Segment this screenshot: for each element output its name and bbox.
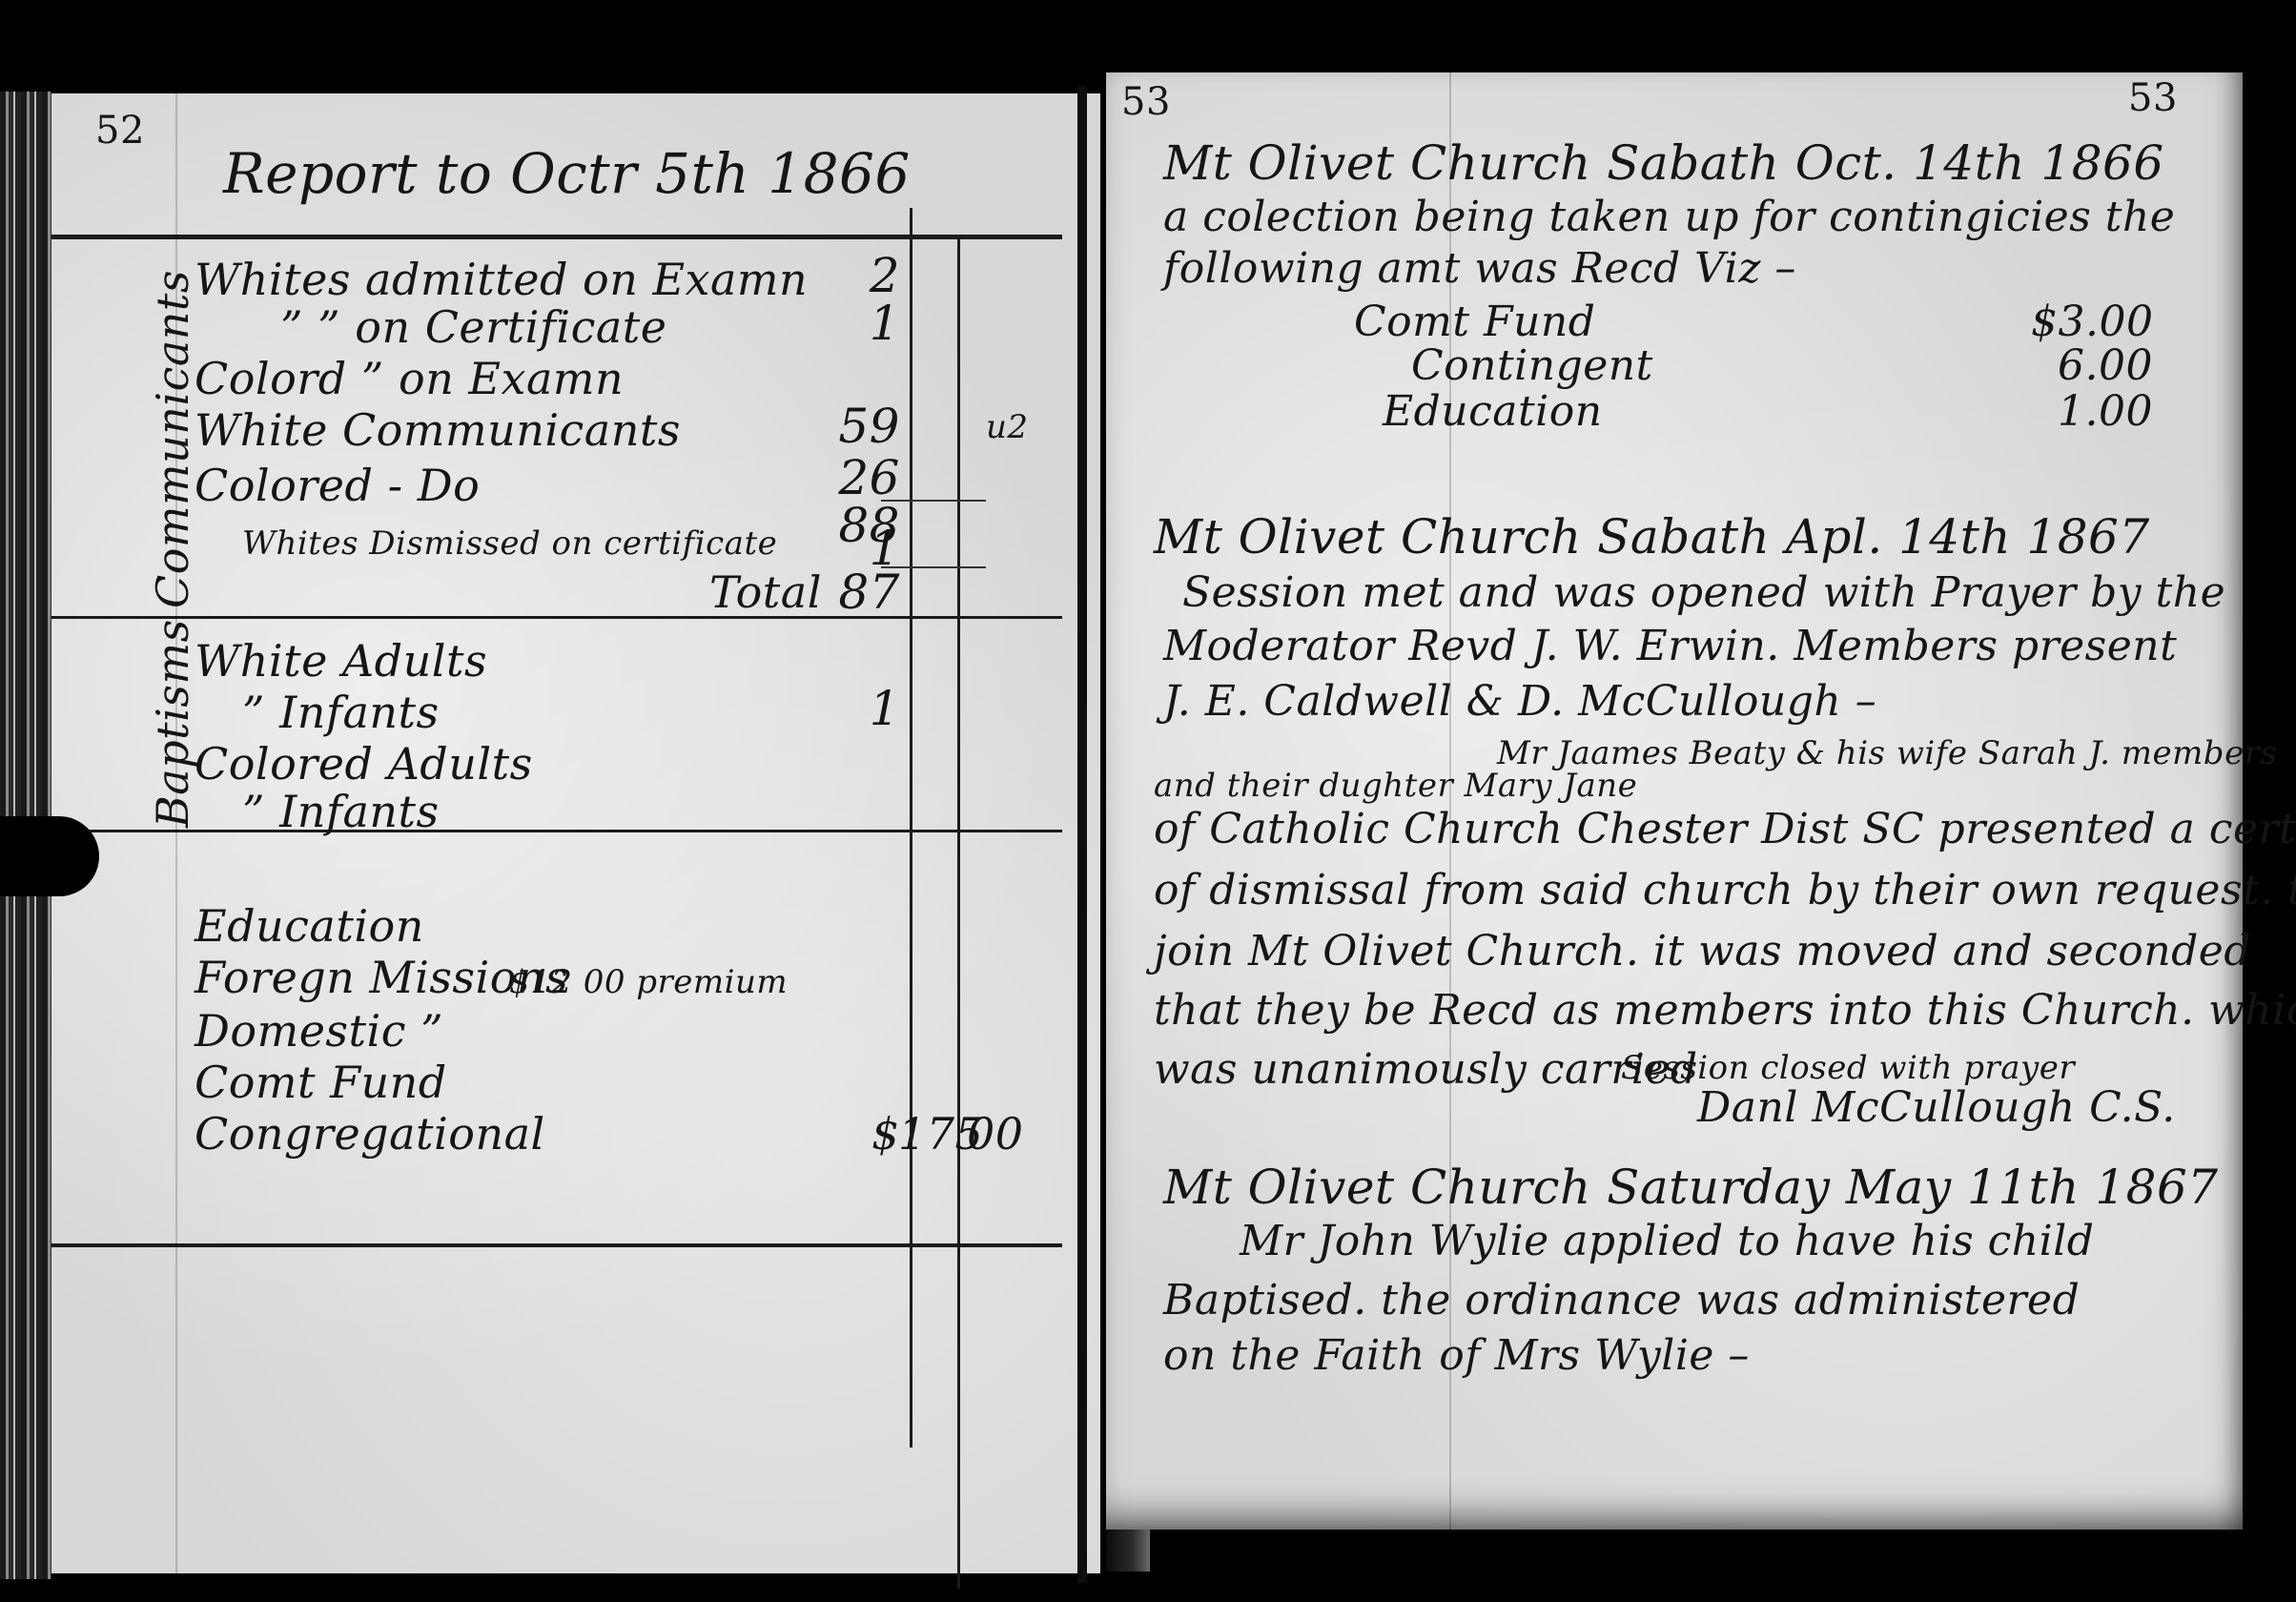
margin-note: u2 — [986, 408, 1029, 446]
session-closing: Session closed with prayer — [1621, 1049, 2075, 1087]
book-clip-tab — [0, 816, 99, 896]
ledger-row-label: Congregational — [195, 1108, 545, 1160]
entry-line: Moderator Revd J. W. Erwin. Members pres… — [1163, 622, 2177, 670]
ledger-row-label: Colored Adults — [195, 738, 533, 790]
entry-line: a colection being taken up for contingic… — [1163, 193, 2175, 241]
premium-note: $12 00 premium — [509, 963, 788, 1001]
collection-item-label: Education — [1383, 387, 1603, 436]
ledger-row-label: Colored - Do — [195, 460, 480, 511]
ledger-row-label: Education — [195, 900, 424, 952]
right-page-number: 53 — [2128, 76, 2178, 120]
ledger-row-label: Whites admitted on Examn — [195, 254, 808, 305]
ledger-row-value: 1 — [805, 681, 900, 736]
entry-line: following amt was Recd Viz – — [1163, 244, 1796, 293]
ledger-row-value: 1 — [805, 296, 900, 351]
interlined-text: and their dughter Mary Jane — [1154, 767, 1637, 805]
clerk-signature: Danl McCullough C.S. — [1697, 1083, 2176, 1132]
cents-column-rule — [957, 235, 960, 1589]
entry-line: Baptised. the ordinance was administered — [1163, 1276, 2080, 1325]
right-page-number-left: 53 — [1121, 80, 1171, 124]
ledger-row-label: ” Infants — [242, 687, 440, 738]
collection-item-label: Comt Fund — [1354, 298, 1595, 346]
congregational-cents: 00 — [967, 1108, 1024, 1160]
ledger-row-label: White Communicants — [195, 404, 681, 456]
collection-item-label: Contingent — [1411, 341, 1653, 390]
entry-heading: Mt Olivet Church Sabath Oct. 14th 1866 — [1163, 135, 2164, 191]
entry-line: that they be Recd as members into this C… — [1154, 986, 2296, 1035]
collection-item-amount: 1.00 — [2058, 387, 2153, 436]
entry-line: on the Faith of Mrs Wylie – — [1163, 1331, 1750, 1380]
ledger-row-label: Domestic ” — [195, 1005, 443, 1057]
communicants-bottom-rule — [51, 616, 1062, 619]
entry-line: join Mt Olivet Church. it was moved and … — [1154, 927, 2251, 976]
entry-line: of Catholic Church Chester Dist SC prese… — [1154, 805, 2296, 853]
currency-sign: $ — [871, 1108, 900, 1160]
ledger-row-label: Whites Dismissed on certificate — [242, 524, 777, 563]
ledger-row-label: Comt Fund — [195, 1057, 447, 1108]
contributions-bottom-rule — [51, 1243, 1062, 1247]
ledger-row-label: ” ” on Certificate — [280, 301, 666, 353]
baptisms-bottom-rule — [51, 830, 1062, 832]
report-title: Report to Octr 5th 1866 — [223, 141, 911, 206]
ledger-row-label: Colord ” on Examn — [195, 353, 624, 404]
baptisms-section-label: Baptisms — [147, 619, 198, 828]
left-page-edge-line — [1077, 86, 1087, 1583]
right-page: 53 53 Mt Olivet Church Sabath Oct. 14th … — [1106, 72, 2243, 1530]
entry-heading: Mt Olivet Church Sabath Apl. 14th 1867 — [1154, 509, 2150, 565]
entry-line: Session met and was opened with Prayer b… — [1182, 568, 2225, 617]
entry-heading: Mt Olivet Church Saturday May 11th 1867 — [1163, 1160, 2219, 1215]
ledger-row-label: White Adults — [195, 635, 487, 687]
entry-line: of dismissal from said church by their o… — [1154, 866, 2296, 914]
value-column-rule — [910, 208, 912, 1448]
entry-line: Mr John Wylie applied to have his child — [1240, 1217, 2094, 1265]
collection-item-amount: $3.00 — [2031, 298, 2153, 346]
left-page-number: 52 — [95, 109, 145, 153]
ledger-row-label: ” Infants — [242, 786, 440, 837]
total-value: 87 — [805, 565, 900, 620]
entry-line: was unanimously carried — [1154, 1045, 1698, 1094]
entry-line: J. E. Caldwell & D. McCullough – — [1163, 677, 1876, 726]
left-page: 52 Report to Octr 5th 1866 Communicants … — [51, 93, 1100, 1573]
collection-item-amount: 6.00 — [2058, 341, 2153, 390]
communicants-section-label: Communicants — [147, 270, 198, 608]
ledger-row-value: 59 — [805, 399, 900, 454]
